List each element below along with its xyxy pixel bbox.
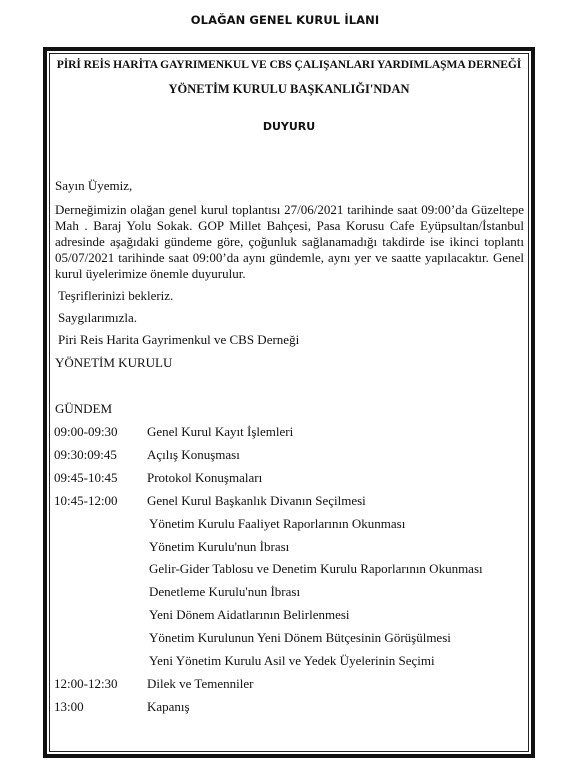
agenda-item: Genel Kurul Başkanlık Divanın Seçilmesi	[147, 493, 366, 509]
salutation: Sayın Üyemiz,	[55, 178, 132, 194]
agenda-item: Yeni Dönem Aidatlarının Belirlenmesi	[149, 607, 350, 623]
agenda-title: GÜNDEM	[55, 401, 112, 417]
agenda-item: Protokol Konuşmaları	[147, 470, 262, 486]
association-name: PİRİ REİS HARİTA GAYRIMENKUL VE CBS ÇALI…	[43, 58, 535, 71]
agenda-item: Kapanış	[147, 699, 190, 715]
agenda-time: 09:30:09:45	[54, 447, 117, 463]
board-presidency: YÖNETİM KURULU BAŞKANLIĞI'NDAN	[43, 82, 535, 97]
signature-organization: Piri Reis Harita Gayrimenkul ve CBS Dern…	[58, 332, 299, 348]
agenda-item: Yeni Yönetim Kurulu Asil ve Yedek Üyeler…	[149, 653, 435, 669]
agenda-item: Genel Kurul Kayıt İşlemleri	[147, 424, 293, 440]
closing-invitation: Teşriflerinizi bekleriz.	[58, 288, 173, 304]
agenda-item: Gelir-Gider Tablosu ve Denetim Kurulu Ra…	[149, 561, 483, 577]
signature-board: YÖNETİM KURULU	[55, 355, 172, 371]
agenda-item: Açılış Konuşması	[147, 447, 240, 463]
agenda-item: Yönetim Kurulu'nun İbrası	[149, 539, 289, 555]
announcement-frame	[43, 47, 535, 758]
announcement-heading: DUYURU	[43, 120, 535, 133]
agenda-time: 12:00-12:30	[54, 676, 118, 692]
announcement-body: Derneğimizin olağan genel kurul toplantı…	[55, 202, 524, 282]
closing-regards: Saygılarımızla.	[58, 310, 137, 326]
agenda-time: 13:00	[54, 699, 84, 715]
agenda-time: 09:00-09:30	[54, 424, 118, 440]
agenda-time: 09:45-10:45	[54, 470, 118, 486]
agenda-item: Yönetim Kurulunun Yeni Dönem Bütçesinin …	[149, 630, 451, 646]
agenda-time: 10:45-12:00	[54, 493, 118, 509]
agenda-item: Dilek ve Temenniler	[147, 676, 253, 692]
announcement-frame-inner-border	[49, 53, 529, 752]
document-title: OLAĞAN GENEL KURUL İLANI	[0, 13, 570, 27]
agenda-item: Denetleme Kurulu'nun İbrası	[149, 584, 300, 600]
agenda-item: Yönetim Kurulu Faaliyet Raporlarının Oku…	[149, 516, 405, 532]
